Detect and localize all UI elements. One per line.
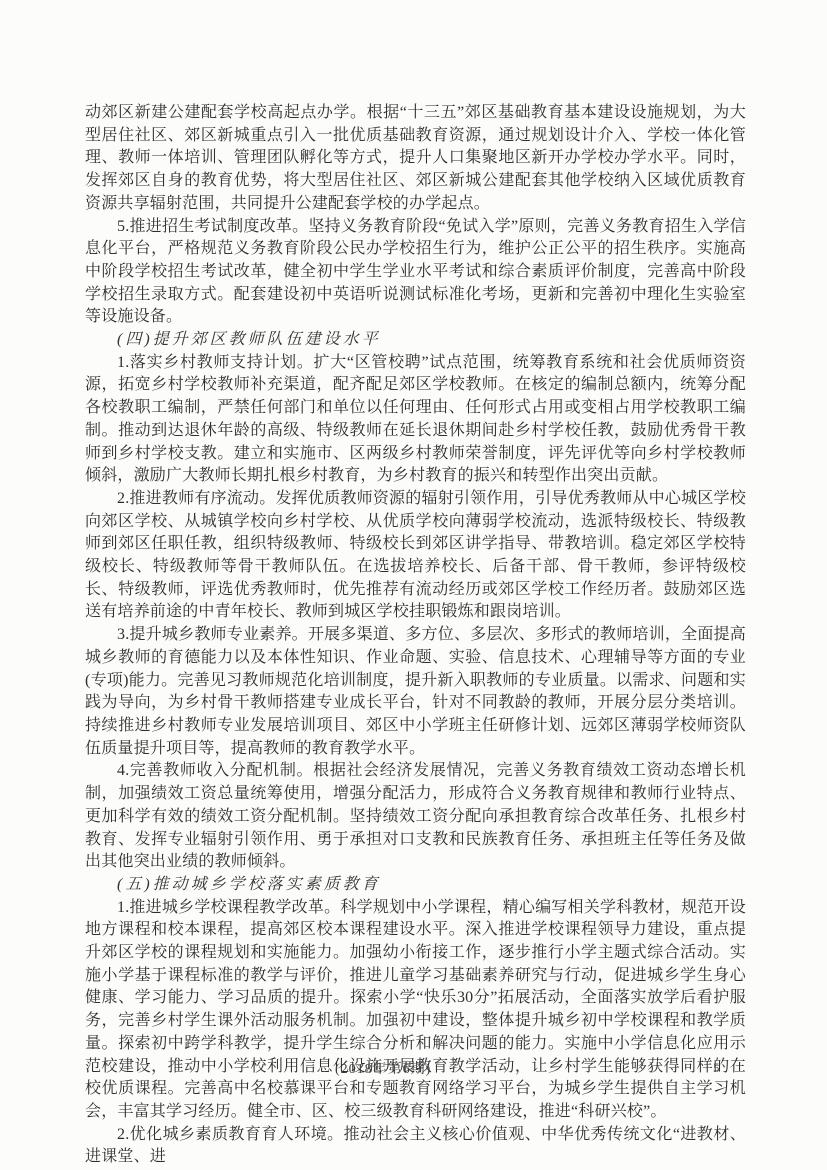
page-footer: (2018年第6期) 5 <box>85 1058 746 1082</box>
body-paragraph: 5.推进招生考试制度改革。坚持义务教育阶段“免试入学”原则，完善义务教育招生入学… <box>85 216 746 330</box>
section-heading: (五)推动城乡学校落实素质教育 <box>85 874 746 897</box>
body-paragraph: 4.完善教师收入分配机制。根据社会经济发展情况，完善义务教育绩效工资动态增长机制… <box>85 760 746 874</box>
section-heading: (四)提升郊区教师队伍建设水平 <box>85 329 746 352</box>
journal-issue-label: (2018年第6期) <box>335 1058 431 1078</box>
body-paragraph: 2.推进教师有序流动。发挥优质教师资源的辐射引领作用，引导优秀教师从中心城区学校… <box>85 488 746 624</box>
document-body: 动郊区新建公建配套学校高起点办学。根据“十三五”郊区基础教育基本建设设施规划，为… <box>85 102 746 1169</box>
body-paragraph: 2.优化城乡素质教育育人环境。推动社会主义核心价值观、中华优秀传统文化“进教材、… <box>85 1124 746 1169</box>
body-paragraph: 3.提升城乡教师专业素养。开展多渠道、多方位、多层次、多形式的教师培训，全面提高… <box>85 624 746 760</box>
body-paragraph: 1.落实乡村教师支持计划。扩大“区管校聘”试点范围，统筹教育系统和社会优质师资资… <box>85 352 746 488</box>
body-paragraph: 动郊区新建公建配套学校高起点办学。根据“十三五”郊区基础教育基本建设设施规划，为… <box>85 102 746 216</box>
body-paragraph: 1.推进城乡学校课程教学改革。科学规划中小学课程，精心编写相关学科教材，规范开设… <box>85 897 746 1124</box>
page-number: 5 <box>713 1060 720 1076</box>
document-page: 动郊区新建公建配套学校高起点办学。根据“十三五”郊区基础教育基本建设设施规划，为… <box>0 0 827 1170</box>
